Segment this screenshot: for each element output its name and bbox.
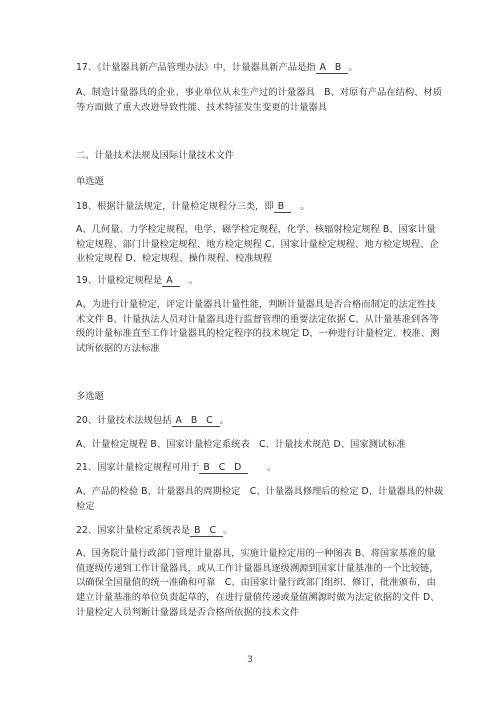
question-suffix: 。 <box>348 62 357 73</box>
question-19: 19、计量检定规程是A 。 <box>76 274 426 289</box>
option-line: 术文件 B、计量执法人员对计量器具进行监督管理的重要法定依据 C、从计量基准到各… <box>76 313 428 328</box>
question-text: 19、计量检定规程是 <box>76 275 162 286</box>
option-line: A、国务院计量行政部门管理计量器具，实施计量检定用的一种图表 B、将国家基准的量 <box>76 547 428 562</box>
question-text: 18、根据计量法规定，计量检定规程分三类，即 <box>76 201 274 212</box>
option-line: A、几何量、力学检定规程，电学、磁学检定规程，化学、核辐射检定规程 B、国家计量 <box>76 223 428 238</box>
answer-blank: B <box>274 201 291 213</box>
subheading-single-choice: 单选题 <box>76 175 426 190</box>
option-line: 建立计量基准的单位负责起草的，在进行量值传递或量值溯源时做为法定依据的文件 D、 <box>76 591 428 606</box>
question-suffix: 。 <box>220 415 229 426</box>
option-line: 级的计量标准直至工作计量器具的检定程序的技术规定 D、一种进行计量检定、校准、测 <box>76 327 428 342</box>
options-17: A、制造计量器具的企业、事业单位从未生产过的计量器具 B、对原有产品在结构、材质… <box>76 86 428 115</box>
question-suffix: 。 <box>291 201 310 212</box>
question-18: 18、根据计量法规定，计量检定规程分三类，即B 。 <box>76 200 426 215</box>
question-suffix: 。 <box>248 462 276 473</box>
option-line: 检定 <box>76 500 428 515</box>
question-21: 21、国家计量检定规程可用于B C D 。 <box>76 461 426 476</box>
options-18: A、几何量、力学检定规程，电学、磁学检定规程，化学、核辐射检定规程 B、国家计量… <box>76 223 428 267</box>
question-text: 20、计量技术法规包括 <box>76 415 172 426</box>
question-17: 17、《计量器具新产品管理办法》中，计量器具新产品是指A B。 <box>76 61 426 76</box>
options-22: A、国务院计量行政部门管理计量器具，实施计量检定用的一种图表 B、将国家基准的量… <box>76 547 428 621</box>
options-20: A、计量检定规程 B、国家计量检定系统表 C、计量技术规范 D、国家测试标准 <box>76 438 428 453</box>
answer-blank: A B <box>316 62 349 74</box>
option-line: 以确保全国量值的统一准确和可靠 C、由国家计量行政部门组织、修订，批准颁布，由 <box>76 576 428 591</box>
option-line: 业检定规程 D、检定规程、操作规程、校准规程 <box>76 252 428 267</box>
option-line: A、计量检定规程 B、国家计量检定系统表 C、计量技术规范 D、国家测试标准 <box>76 438 428 453</box>
option-line: 计量检定人员判断计量器具是否合格所依据的技术文件 <box>76 606 428 621</box>
option-line: 等方面做了重大改进导致性能、技术特征发生变更的计量器具 <box>76 101 428 116</box>
document-page: 17、《计量器具新产品管理办法》中，计量器具新产品是指A B。 A、制造计量器具… <box>0 0 500 708</box>
option-line: 值逐级传递到工作计量器具，或从工作计量器具逐级溯源到国家计量基准的一个比较链， <box>76 562 428 577</box>
section-heading: 二、计量技术法规及国际计量技术文件 <box>76 149 426 164</box>
page-number: 3 <box>0 655 500 665</box>
answer-blank: A <box>162 275 179 287</box>
question-20: 20、计量技术法规包括A B C。 <box>76 414 426 429</box>
question-suffix: 。 <box>180 275 199 286</box>
option-line: 试所依据的方法标准 <box>76 342 428 357</box>
option-line: 检定规程、部门计量检定规程、地方检定规程 C、国家计量检定规程、地方检定规程、企 <box>76 238 428 253</box>
options-19: A、为进行计量检定，评定计量器具计量性能，判断计量器具是否合格而制定的法定性技 … <box>76 298 428 357</box>
question-22: 22、国家计量检定系统表是B C。 <box>76 524 426 539</box>
question-suffix: 。 <box>223 525 232 536</box>
answer-blank: B C <box>190 525 223 537</box>
question-text: 17、《计量器具新产品管理办法》中，计量器具新产品是指 <box>76 62 316 73</box>
answer-blank: B C D <box>199 462 248 474</box>
options-21: A、产品的检验 B、计量器具的周期检定 C、计量器具修理后的检定 D、计量器具的… <box>76 485 428 514</box>
option-line: A、产品的检验 B、计量器具的周期检定 C、计量器具修理后的检定 D、计量器具的… <box>76 485 428 500</box>
question-text: 22、国家计量检定系统表是 <box>76 525 190 536</box>
answer-blank: A B C <box>172 415 220 427</box>
option-line: A、制造计量器具的企业、事业单位从未生产过的计量器具 B、对原有产品在结构、材质 <box>76 86 428 101</box>
option-line: A、为进行计量检定，评定计量器具计量性能，判断计量器具是否合格而制定的法定性技 <box>76 298 428 313</box>
subheading-multiple-choice: 多选题 <box>76 390 426 405</box>
question-text: 21、国家计量检定规程可用于 <box>76 462 199 473</box>
